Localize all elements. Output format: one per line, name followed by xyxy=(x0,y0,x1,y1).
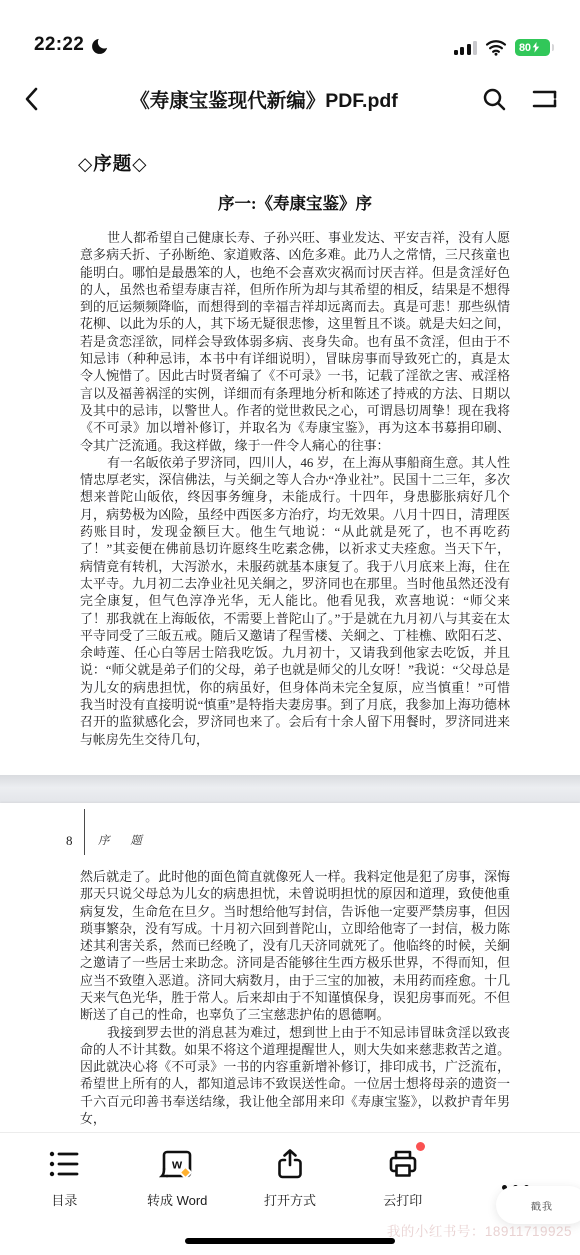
search-icon xyxy=(481,86,507,112)
status-bar: 22:22 80 xyxy=(0,0,580,62)
search-button[interactable] xyxy=(480,85,507,112)
pdf-page-7: ◇序题◇ 序一:《寿康宝鉴》序 世人都希望自己健康长寿、子孙兴旺、事业发达、平安… xyxy=(0,135,580,775)
document-title: 《寿康宝鉴现代新编》PDF.pdf xyxy=(56,85,472,113)
battery-indicator: 80 xyxy=(515,39,554,56)
fit-screen-button[interactable] xyxy=(531,85,558,112)
clock: 22:22 xyxy=(34,34,84,56)
battery-percent: 80 xyxy=(519,42,531,54)
page-number: 8 xyxy=(66,833,82,855)
paragraph: 我接到罗去世的消息甚为难过，想到世上由于不知忌讳冒昧贪淫以致丧命的人不计其数。如… xyxy=(80,1025,510,1129)
nav-bar: 《寿康宝鉴现代新编》PDF.pdf xyxy=(0,62,580,135)
running-header: 8 序 题 xyxy=(66,803,510,855)
pdf-reader-app: 22:22 80 xyxy=(0,0,580,1255)
convert-word-label: 转成 Word xyxy=(147,1190,207,1209)
page-divider xyxy=(0,775,580,803)
svg-text:w: w xyxy=(171,1157,183,1172)
do-not-disturb-moon-icon xyxy=(90,35,111,56)
cloud-print-icon xyxy=(387,1148,419,1180)
word-convert-icon: w xyxy=(159,1148,195,1180)
toc-button[interactable]: 目录 xyxy=(8,1146,121,1255)
cloud-print-label: 云打印 xyxy=(383,1190,422,1209)
watermark-text: 我的小红书号：18911719925 xyxy=(387,1220,572,1240)
paragraph: 世人都希望自己健康长寿、子孙兴旺、事业发达、平安吉祥，没有人愿意多病夭折、子孙断… xyxy=(80,230,510,455)
sticker-badge: 戳我 xyxy=(496,1186,580,1224)
cellular-signal-icon xyxy=(454,40,478,55)
pdf-scroll-area[interactable]: ◇序题◇ 序一:《寿康宝鉴》序 世人都希望自己健康长寿、子孙兴旺、事业发达、平安… xyxy=(0,135,580,1132)
chevron-left-icon xyxy=(22,86,42,112)
share-open-icon xyxy=(274,1148,306,1180)
chapter-title: 序一:《寿康宝鉴》序 xyxy=(80,190,510,214)
charging-bolt-icon xyxy=(532,42,540,53)
home-indicator[interactable] xyxy=(185,1238,395,1245)
fit-screen-icon xyxy=(531,87,558,111)
paragraph: 然后就走了。此时他的面色简直就像死人一样。我料定他是犯了房事，深悔那天只说父母总… xyxy=(80,869,510,1025)
wifi-icon xyxy=(485,39,507,56)
pdf-page-8: 8 序 题 然后就走了。此时他的面色简直就像死人一样。我料定他是犯了房事，深悔那… xyxy=(0,803,580,1132)
notification-dot xyxy=(416,1142,425,1151)
running-title: 序 题 xyxy=(98,832,151,855)
back-button[interactable] xyxy=(22,79,56,119)
outline-list-icon xyxy=(47,1149,81,1179)
paragraph: 有一名皈依弟子罗济同，四川人，46 岁，在上海从事船商生意。其人性情忠厚老实，深… xyxy=(80,455,510,749)
toc-label: 目录 xyxy=(51,1190,77,1209)
header-rule xyxy=(84,809,85,855)
open-with-label: 打开方式 xyxy=(264,1190,316,1209)
section-heading: ◇序题◇ xyxy=(78,150,510,176)
